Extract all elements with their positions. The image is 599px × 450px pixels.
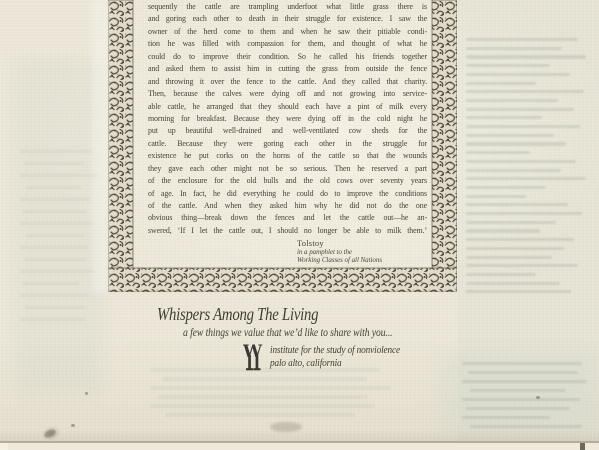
ghost-text-line-faint	[20, 318, 86, 321]
ghost-text-line	[466, 273, 536, 276]
ghost-text-line	[466, 47, 562, 50]
ghost-text-line-faint	[20, 270, 95, 273]
ghost-text-line	[466, 151, 530, 154]
ghost-text-line	[466, 142, 566, 145]
body-text-line: and goring each other to death in their …	[148, 13, 427, 25]
ghost-text-line	[466, 247, 564, 250]
ghost-text-line-faint	[158, 395, 368, 399]
ghost-text-line	[466, 99, 558, 102]
ghost-text-line	[466, 290, 571, 293]
paper-speck	[536, 396, 540, 399]
ghost-text-line-faint	[24, 162, 84, 165]
ghost-text-line-faint	[20, 174, 98, 177]
frame-bottom-band	[108, 268, 457, 292]
body-text-line: morning for breakfast. Because they were…	[148, 113, 427, 125]
body-text-line: swered, ‘If I let the cattle out, I shou…	[148, 225, 427, 237]
frame-left-highlight	[92, 0, 108, 292]
body-text-line: could do to improve their condition. So …	[148, 51, 427, 63]
ghost-text-line	[466, 229, 540, 232]
body-text-line: existence he put corks on the horns of t…	[148, 150, 427, 162]
underlying-page-notch	[580, 443, 585, 450]
ghost-text-line	[466, 116, 542, 119]
ghost-text-line-faint	[26, 234, 84, 237]
underlying-page-corner	[0, 443, 8, 450]
ghost-text-line	[466, 38, 578, 41]
body-text-line: and throwing it over the fence to the ca…	[148, 76, 427, 88]
organization-location: palo alto, california	[270, 357, 400, 370]
quotation-attribution: Tolstoy in a pamphlet to the Working Cla…	[297, 238, 382, 264]
ghost-text-line-faint	[24, 258, 86, 261]
ghost-text-line	[462, 380, 587, 383]
ghost-text-line	[466, 64, 550, 67]
ghost-text-line	[462, 416, 550, 419]
bottom-page-shadow	[0, 430, 599, 441]
ghost-text-line-faint	[150, 386, 390, 390]
body-text-line: put up beautiful well-drained and well-v…	[148, 125, 427, 137]
paper-speck	[71, 424, 75, 427]
attribution-source-line: in a pamphlet to the	[297, 248, 382, 256]
body-text-line: sequently the cattle are trampling under…	[148, 1, 427, 13]
ghost-text-line-faint	[20, 222, 94, 225]
ghost-text-line	[466, 238, 574, 241]
body-text-line: they gave each other might not be so ser…	[148, 163, 427, 175]
ghost-text-line	[466, 160, 576, 163]
ghost-text-line	[470, 425, 582, 428]
frame-left-column	[108, 0, 133, 292]
ghost-text-line-faint	[22, 282, 79, 285]
ghost-text-line	[466, 125, 580, 128]
underlying-page-strip	[0, 443, 599, 450]
w-monogram-icon: W	[243, 343, 267, 371]
faint-smudge	[270, 422, 302, 432]
ghost-text-line-faint	[150, 404, 375, 408]
ghost-text-line	[462, 398, 580, 401]
ghost-text-line-faint	[25, 306, 85, 309]
pamphlet-title: Whispers Among The Living	[157, 303, 318, 325]
ghost-text-line	[466, 169, 561, 172]
body-text-line: able cattle, he arranged that they shoul…	[148, 101, 427, 113]
ghost-text-line	[468, 371, 578, 374]
ghost-text-line	[466, 108, 574, 111]
body-text-line: Then, because the calves were dying off …	[148, 88, 427, 100]
scanned-pamphlet-page: sequently the cattle are trampling under…	[0, 0, 599, 450]
body-text-line: tion he was filled with compassion for t…	[148, 38, 427, 50]
ghost-text-line	[466, 82, 536, 85]
body-text-line: owner of the herd come to them and when …	[148, 26, 427, 38]
ghost-text-line	[466, 256, 552, 259]
ghost-text-line	[470, 389, 566, 392]
attribution-author: Tolstoy	[297, 238, 382, 248]
ghost-text-line-faint	[26, 186, 81, 189]
svg-text:W: W	[243, 343, 263, 362]
quotation-body-text: sequently the cattle are trampling under…	[148, 1, 427, 237]
frame-right-column	[432, 0, 457, 292]
ghost-text-line	[466, 90, 584, 93]
ghost-text-line-faint	[162, 377, 367, 381]
ghost-text-line-faint	[22, 210, 86, 213]
ghost-text-line	[466, 264, 578, 267]
ghost-text-line	[466, 221, 556, 224]
ghost-text-line	[466, 203, 568, 206]
ghost-text-line	[466, 195, 526, 198]
body-text-line: cattle. Because they were goring each ot…	[148, 138, 427, 150]
ghost-text-line	[466, 55, 586, 58]
ghost-text-line	[466, 186, 546, 189]
body-text-line: obvious thing—break down the fences and …	[148, 212, 427, 224]
ghost-text-line	[466, 73, 570, 76]
pamphlet-subtitle: a few things we value that we’d like to …	[183, 326, 393, 340]
ghost-text-line	[462, 362, 582, 365]
ghost-text-line-faint	[20, 150, 92, 153]
body-text-line: and asked them to assist him in cutting …	[148, 63, 427, 75]
paper-speck	[85, 392, 88, 395]
organization-name: institute for the study of nonviolence	[270, 344, 400, 357]
ghost-text-line-faint	[20, 198, 90, 201]
body-text-line: of the cattle. And when they asked him w…	[148, 200, 427, 212]
ghost-text-line-faint	[20, 246, 88, 249]
ghost-text-line	[466, 177, 586, 180]
ghost-text-line	[466, 134, 554, 137]
body-text-line: of age. In fact, he did everything he co…	[148, 188, 427, 200]
ghost-text-line	[466, 407, 570, 410]
attribution-source-line: Working Classes of all Nations	[297, 256, 382, 264]
body-text-line: of the enclosure for the old bulls and t…	[148, 175, 427, 187]
organization-block: institute for the study of nonviolence p…	[270, 344, 425, 369]
ghost-text-line	[466, 282, 560, 285]
ghost-text-line	[466, 212, 582, 215]
ghost-text-line-faint	[165, 413, 355, 417]
ghost-text-line-faint	[20, 294, 90, 297]
